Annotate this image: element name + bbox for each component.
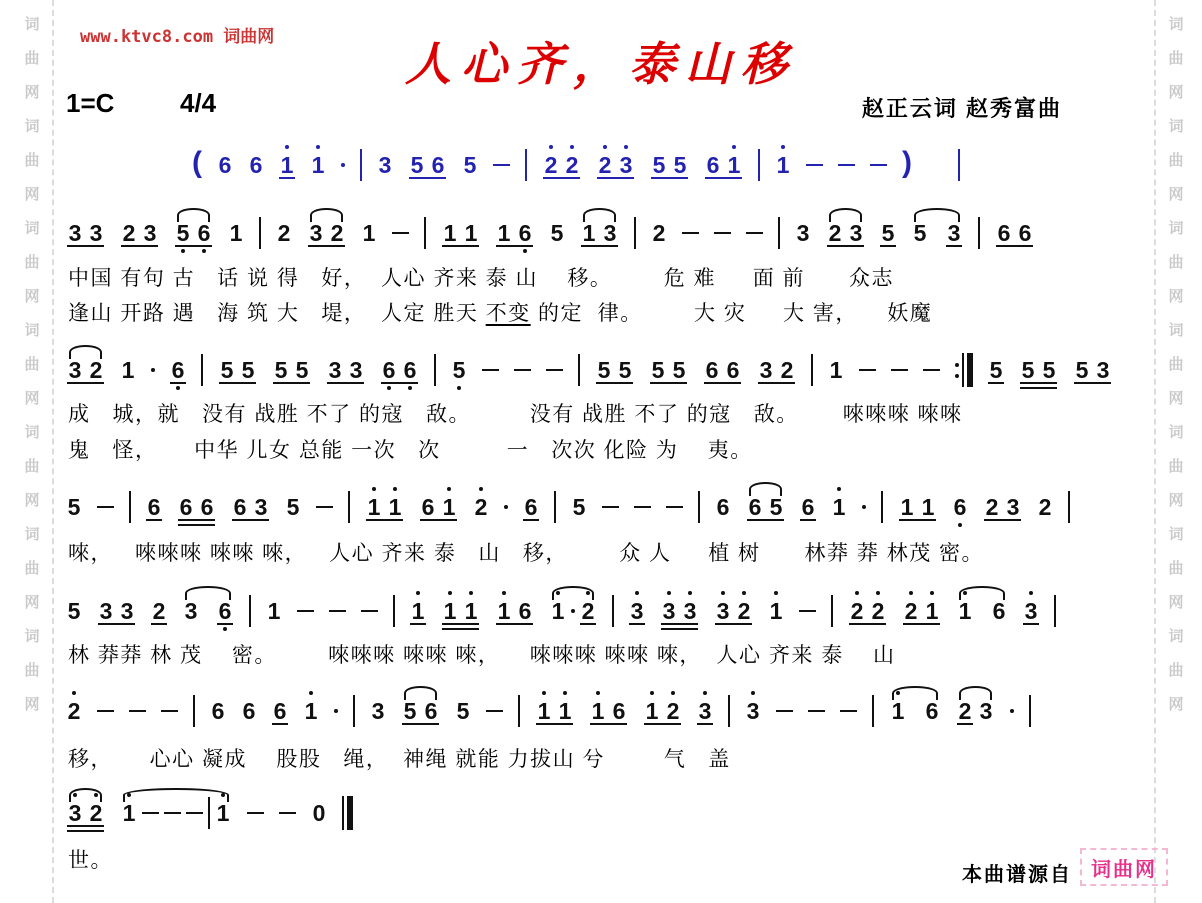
note-digit: 1 (305, 700, 318, 723)
note: 1 (361, 210, 377, 256)
note: 6 (517, 588, 533, 634)
note: 2 (597, 142, 613, 188)
barline (811, 354, 813, 386)
lyric-line: 逢山 开路 遇 海 筑 大 堤， 人定 胜天 不变 的定 律。 大 灾 大 害，… (68, 297, 932, 327)
note-digit: 5 (1022, 359, 1035, 382)
duration-dash (392, 232, 409, 234)
note-digit: 3 (699, 700, 712, 723)
duration-dash (142, 812, 159, 814)
duration-dash (247, 812, 264, 814)
note-digit: 6 (180, 496, 193, 519)
note: 1 (726, 142, 742, 188)
rail-watermark-char: 曲 (12, 557, 52, 578)
note-digit: 2 (959, 700, 972, 723)
beam-group: 55 (1019, 347, 1058, 393)
rail-watermark-char: 词 (1156, 421, 1196, 442)
note-digit: 6 (998, 222, 1011, 245)
rail-watermark-char: 网 (1156, 387, 1196, 408)
note-digit: 1 (728, 154, 741, 177)
note: 1 (590, 688, 606, 734)
note: 2 (827, 210, 843, 256)
note: 6 (523, 484, 539, 530)
right-watermark-rail: 词曲网词曲网词曲网词曲网词曲网词曲网词曲网 (1154, 0, 1196, 903)
note: 6 (196, 210, 212, 256)
note: 3 (348, 347, 364, 393)
note: 1 (644, 688, 660, 734)
lyric-text: 的定 律。 大 灾 大 害， 妖魔 (531, 302, 933, 325)
beam-group: 11 (898, 484, 937, 530)
note: 5 (273, 347, 289, 393)
note-digit: 6 (707, 154, 720, 177)
music-line: 332356123211116513232355366 (66, 210, 1034, 256)
note-digit: 6 (926, 700, 939, 723)
octave-dot-above (650, 691, 654, 695)
octave-dot-above (549, 145, 553, 149)
slur-group: 23 (956, 688, 995, 734)
duration-dash (714, 232, 731, 234)
octave-dot-above (127, 793, 131, 797)
music-line: 5666635116126566561116232 (66, 484, 1070, 530)
note: 6 (430, 142, 446, 188)
slur-group: 36 (182, 588, 234, 634)
octave-dot-above (751, 691, 755, 695)
octave-dot-above (774, 591, 778, 595)
note-digit: 3 (329, 359, 342, 382)
note: 5 (1074, 347, 1090, 393)
lyric-line: 世。 (68, 844, 113, 874)
beam-group: 23 (596, 142, 635, 188)
octave-dot-above (94, 793, 98, 797)
note: 5 (596, 347, 612, 393)
octave-dot-above (448, 591, 452, 595)
note: 3 (629, 588, 645, 634)
note: 6 (517, 210, 533, 256)
note: 1 (410, 588, 426, 634)
barline (201, 354, 203, 386)
note: 1 (496, 588, 512, 634)
music-line: 266613565111612331623 (66, 688, 1031, 734)
note: 1 (890, 688, 906, 734)
rail-watermark-char: 词 (1156, 115, 1196, 136)
source-label: 本曲谱源自 (962, 858, 1072, 887)
note: 3 (88, 210, 104, 256)
note: 3 (1095, 347, 1111, 393)
barline (360, 149, 362, 181)
rail-watermark-char: 曲 (12, 455, 52, 476)
note: 1 (310, 142, 326, 188)
rail-watermark-char: 曲 (12, 251, 52, 272)
octave-dot-above (556, 591, 560, 595)
beam-group: 33 (660, 588, 699, 634)
octave-dot-below (181, 249, 185, 253)
barline (612, 595, 614, 627)
barline (393, 595, 395, 627)
lyric-text: 世。 (68, 849, 113, 872)
lyric-line: 成 城，就 没有 战胜 不了 的寇 敌。 没有 战胜 不了 的寇 敌。 唻唻唻 … (68, 398, 963, 428)
barline (728, 695, 730, 727)
note: 5 (880, 210, 896, 256)
note-digit: 1 (444, 222, 457, 245)
note-digit: 2 (781, 359, 794, 382)
final-thick-bar (347, 796, 353, 830)
note-digit: 1 (363, 222, 376, 245)
note-digit: 3 (797, 222, 810, 245)
beam-group: 55 (650, 142, 689, 188)
note: 5 (650, 347, 666, 393)
note-digit: 6 (198, 222, 211, 245)
note: 6 (715, 484, 731, 530)
beam-group: 13 (580, 210, 619, 256)
note: 5 (651, 142, 667, 188)
note-digit: 3 (185, 600, 198, 623)
note-digit: 5 (287, 496, 300, 519)
duration-dash (514, 369, 531, 371)
beam-group: 11 (441, 588, 480, 634)
note: 1 (924, 588, 940, 634)
barline (348, 491, 350, 523)
beam-group: 12 (643, 688, 682, 734)
note: 2 (564, 142, 580, 188)
duration-dash (279, 812, 296, 814)
parenthesis: ( (192, 148, 202, 182)
barline (578, 354, 580, 386)
rail-watermark-char: 网 (1156, 591, 1196, 612)
note: 6 (232, 484, 248, 530)
octave-dot-above (688, 591, 692, 595)
note-digit: 5 (453, 359, 466, 382)
rail-watermark-char: 网 (1156, 183, 1196, 204)
note-digit: 5 (551, 222, 564, 245)
note-digit: 1 (830, 359, 843, 382)
duration-dash (361, 610, 378, 612)
note-digit: 5 (770, 496, 783, 519)
note-digit: 6 (1019, 222, 1032, 245)
note: 2 (665, 688, 681, 734)
note: 5 (768, 484, 784, 530)
beam-group: 21 (902, 588, 941, 634)
barline (259, 217, 261, 249)
note-digit: 6 (432, 154, 445, 177)
duration-dash (97, 506, 114, 508)
beam-group: 66 (995, 210, 1034, 256)
slur-group: 16 (889, 688, 941, 734)
beam-group: 56 (174, 210, 213, 256)
note: 5 (462, 142, 478, 188)
octave-dot-below (387, 386, 391, 390)
barline (634, 217, 636, 249)
note: 1 (266, 588, 282, 634)
note-digit: 5 (990, 359, 1003, 382)
note-digit: 1 (926, 600, 939, 623)
note: 5 (617, 347, 633, 393)
note: 6 (272, 688, 288, 734)
music-line: 533236111116123333212221163 (66, 588, 1056, 634)
note-digit: 3 (980, 700, 993, 723)
rail-watermark-char: 词 (1156, 217, 1196, 238)
note: 1 (557, 688, 573, 734)
octave-dot-above (703, 691, 707, 695)
note: 6 (991, 588, 1007, 634)
song-title: 人心齐，泰山移 (0, 28, 1202, 94)
note-digit: 1 (583, 222, 596, 245)
note-digit: 6 (250, 154, 263, 177)
beam-group: 33 (97, 588, 136, 634)
note-digit: 2 (68, 700, 81, 723)
note-digit: 5 (275, 359, 288, 382)
note-digit: 3 (69, 359, 82, 382)
note-digit: 1 (389, 496, 402, 519)
lyric-text: 逢山 开路 遇 海 筑 大 堤， 人定 胜天 (68, 302, 486, 325)
source-site-badge: 词曲网 (1080, 848, 1168, 886)
note-digit: 1 (443, 496, 456, 519)
repeat-sign (955, 353, 973, 387)
note: 1 (387, 484, 403, 530)
beam-group: 11 (441, 210, 480, 256)
note-digit: 1 (412, 600, 425, 623)
note-digit: 6 (234, 496, 247, 519)
octave-dot-above (285, 145, 289, 149)
lyric-line: 鬼 怪， 中华 儿女 总能 一次 次 一 次次 化险 为 夷。 (68, 434, 753, 464)
note-digit: 5 (242, 359, 255, 382)
rail-watermark-char: 曲 (1156, 455, 1196, 476)
barline (1029, 695, 1031, 727)
beam-group: 66 (703, 347, 742, 393)
rail-watermark-char: 词 (12, 523, 52, 544)
note: 5 (672, 142, 688, 188)
note: 2 (88, 347, 104, 393)
beam-group: 11 (365, 484, 404, 530)
note: 3 (253, 484, 269, 530)
composer-credits: 赵正云词 赵秀富曲 (862, 92, 1062, 123)
note: 3 (377, 142, 393, 188)
note: 0 (311, 790, 327, 836)
note: 1 (775, 142, 791, 188)
note: 3 (67, 790, 83, 836)
note: 1 (120, 347, 136, 393)
slur-arc (123, 788, 229, 802)
note: 5 (571, 484, 587, 530)
duration-dash (129, 710, 146, 712)
note: 6 (248, 142, 264, 188)
barline (758, 149, 760, 181)
note-digit: 5 (177, 222, 190, 245)
octave-dot-above (1029, 591, 1033, 595)
duration-dash (164, 812, 181, 814)
barline (554, 491, 556, 523)
note-digit: 3 (69, 802, 82, 825)
barline (1068, 491, 1070, 523)
note-digit: 3 (144, 222, 157, 245)
note: 3 (98, 588, 114, 634)
beam-group: 16 (589, 688, 628, 734)
note-digit: 1 (465, 222, 478, 245)
note-digit: 5 (673, 359, 686, 382)
barline (525, 149, 527, 181)
rail-watermark-char: 词 (12, 421, 52, 442)
note-digit: 5 (882, 222, 895, 245)
lyric-line: 唻， 唻唻唻 唻唻 唻， 人心 齐来 泰 山 移， 众 人 植 树 林莽 莽 林… (68, 537, 984, 567)
barline (958, 149, 960, 181)
note-digit: 2 (829, 222, 842, 245)
note-digit: 6 (727, 359, 740, 382)
duration-dash (482, 369, 499, 371)
note: 6 (705, 142, 721, 188)
note: 3 (715, 588, 731, 634)
duration-dash (776, 710, 793, 712)
note-digit: 5 (573, 496, 586, 519)
note-digit: 6 (219, 154, 232, 177)
note: 2 (543, 142, 559, 188)
beam-group: 23 (826, 210, 865, 256)
barline (249, 595, 251, 627)
note-digit: 1 (552, 600, 565, 623)
note-digit: 3 (663, 600, 676, 623)
duration-dash (859, 369, 876, 371)
barline (778, 217, 780, 249)
lyric-line: 移， 心心 凝成 股股 绳， 神绳 就能 力拔山 兮 气 盖 (68, 743, 731, 773)
note: 2 (329, 210, 345, 256)
duration-dash (546, 369, 563, 371)
beam-group: 56 (401, 688, 440, 734)
rail-watermark-char: 词 (12, 319, 52, 340)
note-digit: 5 (221, 359, 234, 382)
rail-watermark-char: 曲 (12, 149, 52, 170)
lyric-line: 中国 有句 古 话 说 得 好， 人心 齐来 泰 山 移。 危 难 面 前 众志 (68, 262, 894, 292)
augmentation-dot (1010, 709, 1014, 713)
note-digit: 5 (296, 359, 309, 382)
rail-watermark-char: 曲 (1156, 353, 1196, 374)
note-digit: 3 (717, 600, 730, 623)
note: 6 (611, 688, 627, 734)
repeat-dots (955, 363, 959, 378)
note-digit: 6 (425, 700, 438, 723)
repeat-thin-bar (962, 353, 964, 387)
duration-dash (799, 610, 816, 612)
note: 1 (215, 790, 231, 836)
note-digit: 3 (760, 359, 773, 382)
note-digit: 2 (475, 496, 488, 519)
note-digit: 1 (498, 600, 511, 623)
note-digit: 5 (68, 600, 81, 623)
note-digit: 5 (674, 154, 687, 177)
note-digit: 1 (312, 154, 325, 177)
sheet-music-page: 词曲网词曲网词曲网词曲网词曲网词曲网词曲网 词曲网词曲网词曲网词曲网词曲网词曲网… (0, 0, 1202, 903)
note: 3 (183, 588, 199, 634)
note: 3 (682, 588, 698, 634)
note-digit: 1 (498, 222, 511, 245)
note: 5 (1041, 347, 1057, 393)
note: 3 (327, 347, 343, 393)
beam-group: 53 (1073, 347, 1112, 393)
octave-dot-below (202, 249, 206, 253)
note-digit: 6 (717, 496, 730, 519)
duration-dash (297, 610, 314, 612)
note-digit: 2 (986, 496, 999, 519)
note-digit: 1 (465, 600, 478, 623)
beam-group: 22 (542, 142, 581, 188)
note: 5 (455, 688, 471, 734)
beam-group: 33 (326, 347, 365, 393)
note-digit: 5 (653, 154, 666, 177)
note: 6 (704, 347, 720, 393)
beam-group: 32 (307, 210, 346, 256)
rail-watermark-char: 曲 (1156, 251, 1196, 272)
note: 3 (308, 210, 324, 256)
note-digit: 3 (620, 154, 633, 177)
note: 5 (988, 347, 1004, 393)
octave-dot-above (671, 691, 675, 695)
note: 2 (580, 588, 596, 634)
rail-watermark-char: 网 (12, 693, 52, 714)
augmentation-dot (504, 505, 508, 509)
rail-watermark-char: 词 (12, 115, 52, 136)
augmentation-dot (862, 505, 866, 509)
duration-dash (602, 506, 619, 508)
rail-watermark-char: 曲 (1156, 557, 1196, 578)
note-digit: 2 (738, 600, 751, 623)
note-digit: 5 (1043, 359, 1056, 382)
duration-dash (316, 506, 333, 508)
octave-dot-above (837, 487, 841, 491)
duration-dash (746, 232, 763, 234)
duration-dash (161, 710, 178, 712)
rail-watermark-char: 曲 (12, 659, 52, 680)
rail-watermark-char: 词 (12, 625, 52, 646)
note-digit: 3 (379, 154, 392, 177)
note-digit: 3 (350, 359, 363, 382)
rail-watermark-char: 曲 (12, 353, 52, 374)
note-digit: 3 (948, 222, 961, 245)
duration-dash (891, 369, 908, 371)
note: 1 (279, 142, 295, 188)
note: 6 (924, 688, 940, 734)
note-digit: 1 (901, 496, 914, 519)
beam-group: 11 (535, 688, 574, 734)
note-digit: 6 (243, 700, 256, 723)
barline (831, 595, 833, 627)
beam-group: 32 (714, 588, 753, 634)
note: 5 (912, 210, 928, 256)
note: 5 (1020, 347, 1036, 393)
note-digit: 3 (604, 222, 617, 245)
octave-dot-below (958, 523, 962, 527)
note-digit: 6 (148, 496, 161, 519)
note: 5 (285, 484, 301, 530)
lyric-text: 成 城，就 没有 战胜 不了 的寇 敌。 没有 战胜 不了 的寇 敌。 唻唻唻 … (68, 403, 963, 426)
note: 6 (199, 484, 215, 530)
note: 1 (463, 588, 479, 634)
note-digit: 1 (281, 154, 294, 177)
barline (698, 491, 700, 523)
note-digit: 6 (274, 700, 287, 723)
note-digit: 5 (598, 359, 611, 382)
note-digit: 6 (519, 600, 532, 623)
note: 1 (768, 588, 784, 634)
note-digit: 6 (749, 496, 762, 519)
barline (434, 354, 436, 386)
lyric-text: 唻， 唻唻唻 唻唻 唻， 人心 齐来 泰 山 移， 众 人 植 树 林莽 莽 林… (68, 542, 984, 565)
note-digit: 6 (404, 359, 417, 382)
note: 2 (651, 210, 667, 256)
parenthesis: ) (902, 148, 912, 182)
note-digit: 3 (372, 700, 385, 723)
lyric-line: 林 莽莽 林 茂 密。 唻唻唻 唻唻 唻， 唻唻唻 唻唻 唻， 人心 齐来 泰 … (68, 639, 896, 669)
note: 2 (88, 790, 104, 836)
octave-dot-above (963, 591, 967, 595)
octave-dot-below (523, 249, 527, 253)
note-digit: 6 (954, 496, 967, 519)
note: 6 (217, 142, 233, 188)
